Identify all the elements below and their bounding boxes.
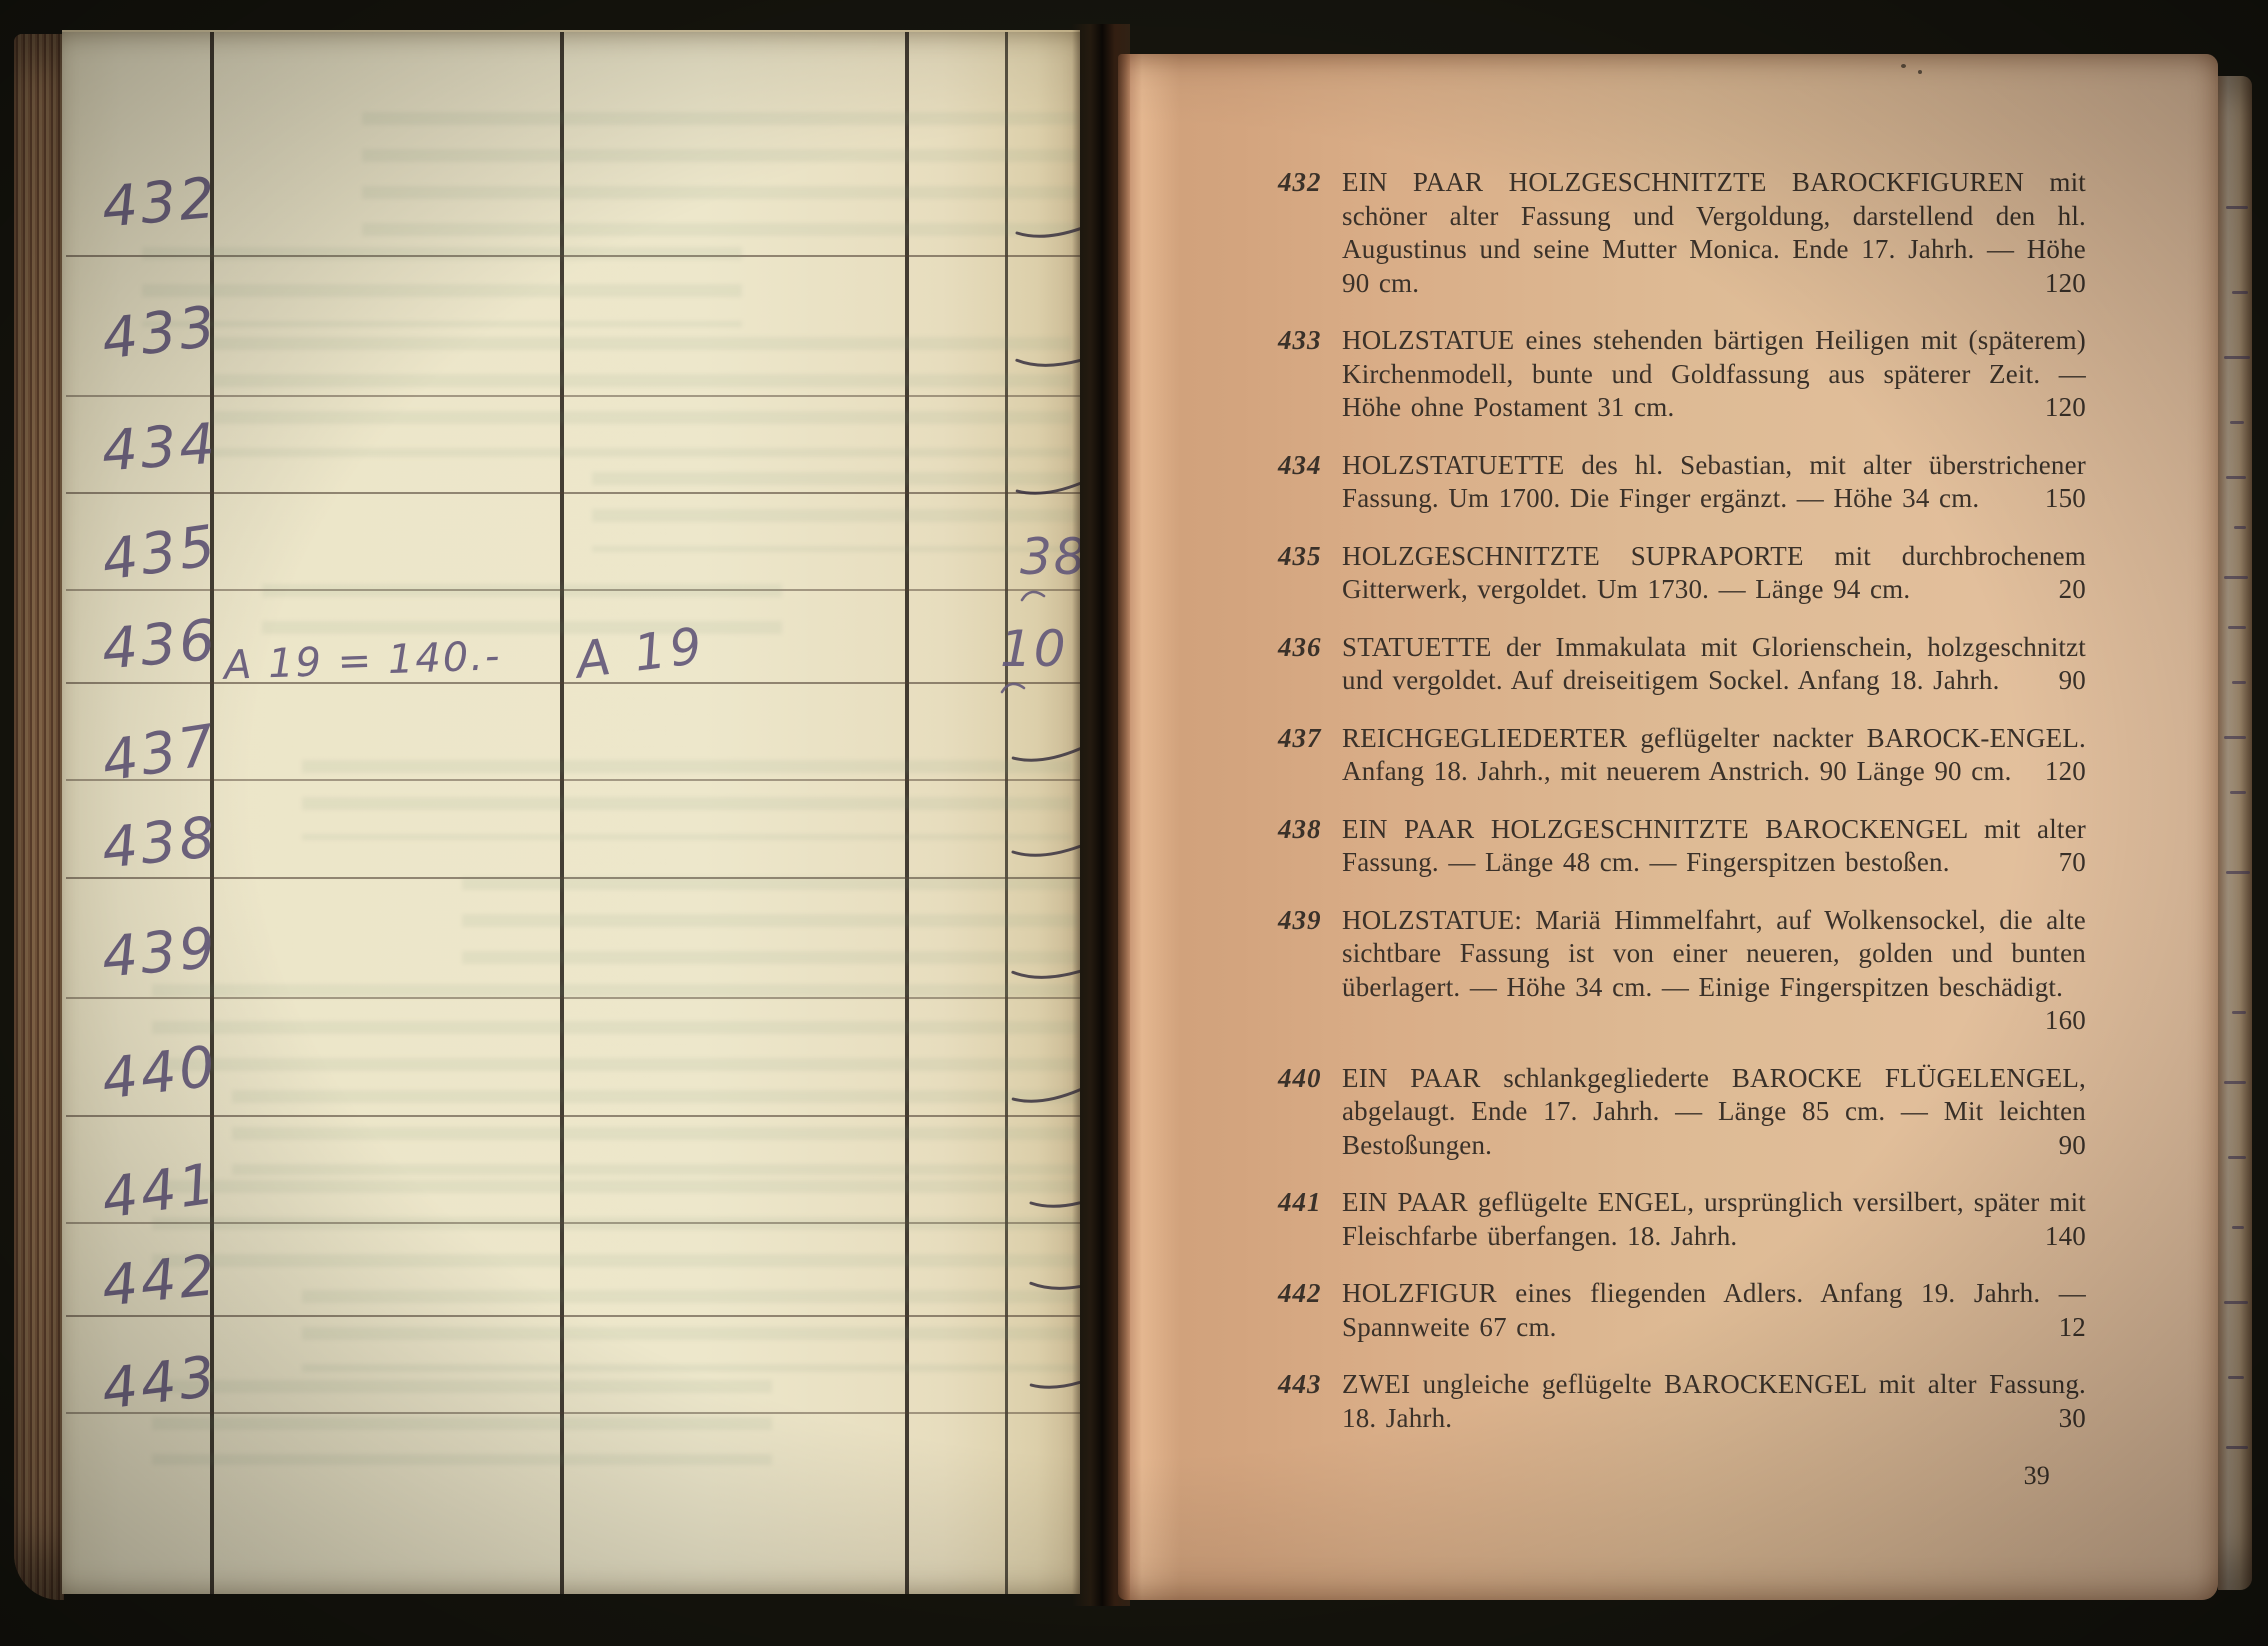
book-scan: 4324334344353843610437438439440441442443…: [0, 0, 2268, 1646]
ledger-row-rule: [66, 395, 1080, 397]
lot-description: EIN PAAR schlankgegliederte BAROCKE FLÜG…: [1342, 1063, 2086, 1160]
fore-edge-mark: [2228, 1156, 2246, 1159]
ledger-page: 4324334344353843610437438439440441442443…: [62, 30, 1080, 1594]
fore-edge-mark: [2230, 791, 2246, 794]
lot-number: 437: [1278, 722, 1322, 756]
catalog-entry: 432EIN PAAR HOLZGESCHNITZTE BAROCKFIGURE…: [1342, 166, 2086, 300]
handwritten-annotation-a19-140: A 19 = 140.-: [223, 633, 502, 689]
handwritten-lot-number: 435: [99, 516, 236, 590]
ink-bleed-ghost: [302, 1290, 1078, 1372]
lot-description: EIN PAAR HOLZGESCHNITZTE BAROCKFIGUREN m…: [1342, 167, 2086, 298]
ink-bleed-ghost: [232, 1090, 1078, 1175]
handwritten-number-mark: 10: [1000, 624, 1080, 724]
lot-number: 440: [1278, 1062, 1322, 1096]
lot-price: 140: [2017, 1220, 2086, 1254]
lot-price: 120: [2017, 267, 2086, 301]
handwritten-lot-number: 439: [100, 919, 234, 986]
catalog-page: 432EIN PAAR HOLZGESCHNITZTE BAROCKFIGURE…: [1118, 54, 2218, 1600]
lot-number: 439: [1278, 904, 1322, 938]
lot-number: 435: [1278, 540, 1322, 574]
handwritten-tick-mark: [1014, 217, 1080, 248]
ledger-row-rule: [66, 492, 1080, 494]
handwritten-lot-number: 433: [99, 297, 235, 368]
fore-edge-mark: [2224, 356, 2250, 359]
lot-price: 150: [2017, 482, 2086, 516]
catalog-entry: 442HOLZFIGUR eines fliegenden Adlers. An…: [1342, 1277, 2086, 1344]
fore-edge-mark: [2234, 526, 2246, 529]
fore-edge-mark: [2226, 206, 2248, 209]
fore-edge-mark: [2232, 681, 2246, 684]
handwritten-tick-mark: [1010, 1081, 1080, 1112]
catalog-entry: 440EIN PAAR schlankgegliederte BAROCKE F…: [1342, 1062, 2086, 1163]
fore-edge-mark: [2226, 871, 2250, 874]
catalog-entry: 443ZWEI ungleiche geflügelte BAROCKENGEL…: [1342, 1368, 2086, 1435]
handwritten-tick-mark: [1014, 347, 1080, 378]
ink-bleed-ghost: [462, 877, 1078, 972]
lot-number: 436: [1278, 631, 1322, 665]
ledger-row-rule: [66, 1412, 1080, 1414]
lot-number: 432: [1278, 166, 1322, 200]
lot-number: 442: [1278, 1277, 1322, 1311]
paper-speck: [1918, 70, 1922, 74]
handwritten-lot-number: 438: [99, 808, 234, 877]
catalog-entry: 441EIN PAAR geflügelte ENGEL, ursprüngli…: [1342, 1186, 2086, 1253]
lot-price: 12: [2031, 1311, 2086, 1345]
book-gutter: [1072, 24, 1130, 1606]
catalog-entry: 436STATUETTE der Immakulata mit Gloriens…: [1342, 631, 2086, 698]
fore-edge-mark: [2228, 1376, 2244, 1379]
ledger-row-rule: [66, 682, 1080, 684]
lot-number: 443: [1278, 1368, 1322, 1402]
handwritten-annotation-a19: A 19: [573, 616, 709, 689]
handwritten-lot-number: 442: [99, 1246, 234, 1315]
fore-edge-mark: [2224, 1301, 2248, 1304]
fore-edge-mark: [2230, 421, 2244, 424]
book-right-fore-edge: [2218, 76, 2252, 1590]
catalog-entry: 433HOLZSTATUE eines stehenden bärtigen H…: [1342, 324, 2086, 425]
ledger-row-rule: [66, 779, 1080, 781]
lot-price: 20: [2031, 573, 2086, 607]
lot-description: HOLZSTATUE eines stehenden bärtigen Heil…: [1342, 325, 2086, 422]
handwritten-lot-number: 441: [99, 1154, 236, 1228]
ledger-row-rule: [66, 255, 1080, 257]
lot-description: REICHGEGLIEDERTER geflügelter nackter BA…: [1342, 723, 2086, 787]
catalog-entry: 439HOLZSTATUE: Mariä Himmelfahrt, auf Wo…: [1342, 904, 2086, 1038]
lot-number: 438: [1278, 813, 1322, 847]
catalog-entries: 432EIN PAAR HOLZGESCHNITZTE BAROCKFIGURE…: [1342, 166, 2086, 1493]
handwritten-tick-mark: [1010, 836, 1080, 867]
catalog-entry: 434HOLZSTATUETTE des hl. Sebastian, mit …: [1342, 449, 2086, 516]
ink-bleed-ghost: [152, 1180, 1078, 1268]
handwritten-number-mark: 38: [1020, 532, 1080, 632]
handwritten-lot-number: 432: [100, 169, 234, 236]
lot-description: EIN PAAR geflügelte ENGEL, ursprünglich …: [1342, 1187, 2086, 1251]
ledger-row-rule: [66, 589, 1080, 591]
lot-description: HOLZFIGUR eines fliegenden Adlers. Anfan…: [1342, 1278, 2086, 1342]
lot-description: EIN PAAR HOLZGESCHNITZTE BAROCKENGEL mit…: [1342, 814, 2086, 878]
ink-bleed-ghost: [152, 1380, 772, 1465]
ledger-row-rule: [66, 997, 1080, 999]
lot-description: HOLZGESCHNITZTE SUPRAPORTE mit durchbroc…: [1342, 541, 2086, 605]
lot-description: HOLZSTATUE: Mariä Himmelfahrt, auf Wolke…: [1342, 905, 2086, 1002]
fore-edge-mark: [2232, 291, 2248, 294]
ink-bleed-ghost: [362, 112, 1078, 242]
paper-speck: [1901, 64, 1906, 68]
ledger-column-rule: [905, 32, 909, 1594]
fore-edge-mark: [2232, 1226, 2244, 1229]
fore-edge-mark: [2224, 576, 2248, 579]
handwritten-lot-number: 434: [100, 416, 234, 481]
handwritten-tick-mark: [1010, 959, 1080, 990]
lot-price: 90: [2031, 1129, 2086, 1163]
fore-edge-mark: [2232, 1011, 2246, 1014]
lot-description: STATUETTE der Immakulata mit Gloriensche…: [1342, 632, 2086, 696]
lot-number: 433: [1278, 324, 1322, 358]
lot-price: 70: [2031, 846, 2086, 880]
fore-edge-mark: [2228, 626, 2246, 629]
page-number: 39: [1342, 1459, 2086, 1493]
ink-bleed-ghost: [212, 337, 1072, 457]
catalog-entry: 438EIN PAAR HOLZGESCHNITZTE BAROCKENGEL …: [1342, 813, 2086, 880]
handwritten-tick-mark: [1014, 473, 1080, 504]
lot-price: 160: [2017, 1004, 2086, 1038]
lot-description: HOLZSTATUETTE des hl. Sebastian, mit alt…: [1342, 450, 2086, 514]
lot-price: 120: [2017, 391, 2086, 425]
ink-bleed-ghost: [142, 247, 742, 327]
ledger-column-rule: [560, 32, 564, 1594]
fore-edge-mark: [2224, 736, 2246, 739]
book-left-fore-edge: [14, 34, 64, 1600]
handwritten-tick-mark: [1010, 740, 1080, 771]
ledger-column-rule: [1005, 32, 1008, 1594]
catalog-entry: 435HOLZGESCHNITZTE SUPRAPORTE mit durchb…: [1342, 540, 2086, 607]
lot-number: 441: [1278, 1186, 1322, 1220]
ledger-row-rule: [66, 877, 1080, 879]
fore-edge-mark: [2224, 1081, 2246, 1084]
handwritten-lot-number: 436: [100, 611, 234, 678]
lot-number: 434: [1278, 449, 1322, 483]
fore-edge-mark: [2226, 476, 2246, 479]
ledger-row-rule: [66, 1315, 1080, 1317]
lot-description: ZWEI ungleiche geflügelte BAROCKENGEL mi…: [1342, 1369, 2086, 1433]
ledger-row-rule: [66, 1115, 1080, 1117]
lot-price: 120: [2017, 755, 2086, 789]
ink-bleed-ghost: [302, 760, 1072, 840]
ledger-row-rule: [66, 1222, 1080, 1224]
handwritten-lot-number: 443: [99, 1347, 235, 1418]
handwritten-lot-number: 440: [99, 1037, 235, 1108]
catalog-entry: 437REICHGEGLIEDERTER geflügelter nackter…: [1342, 722, 2086, 789]
lot-price: 30: [2031, 1402, 2086, 1436]
lot-price: 90: [2031, 664, 2086, 698]
fore-edge-mark: [2226, 1446, 2248, 1449]
